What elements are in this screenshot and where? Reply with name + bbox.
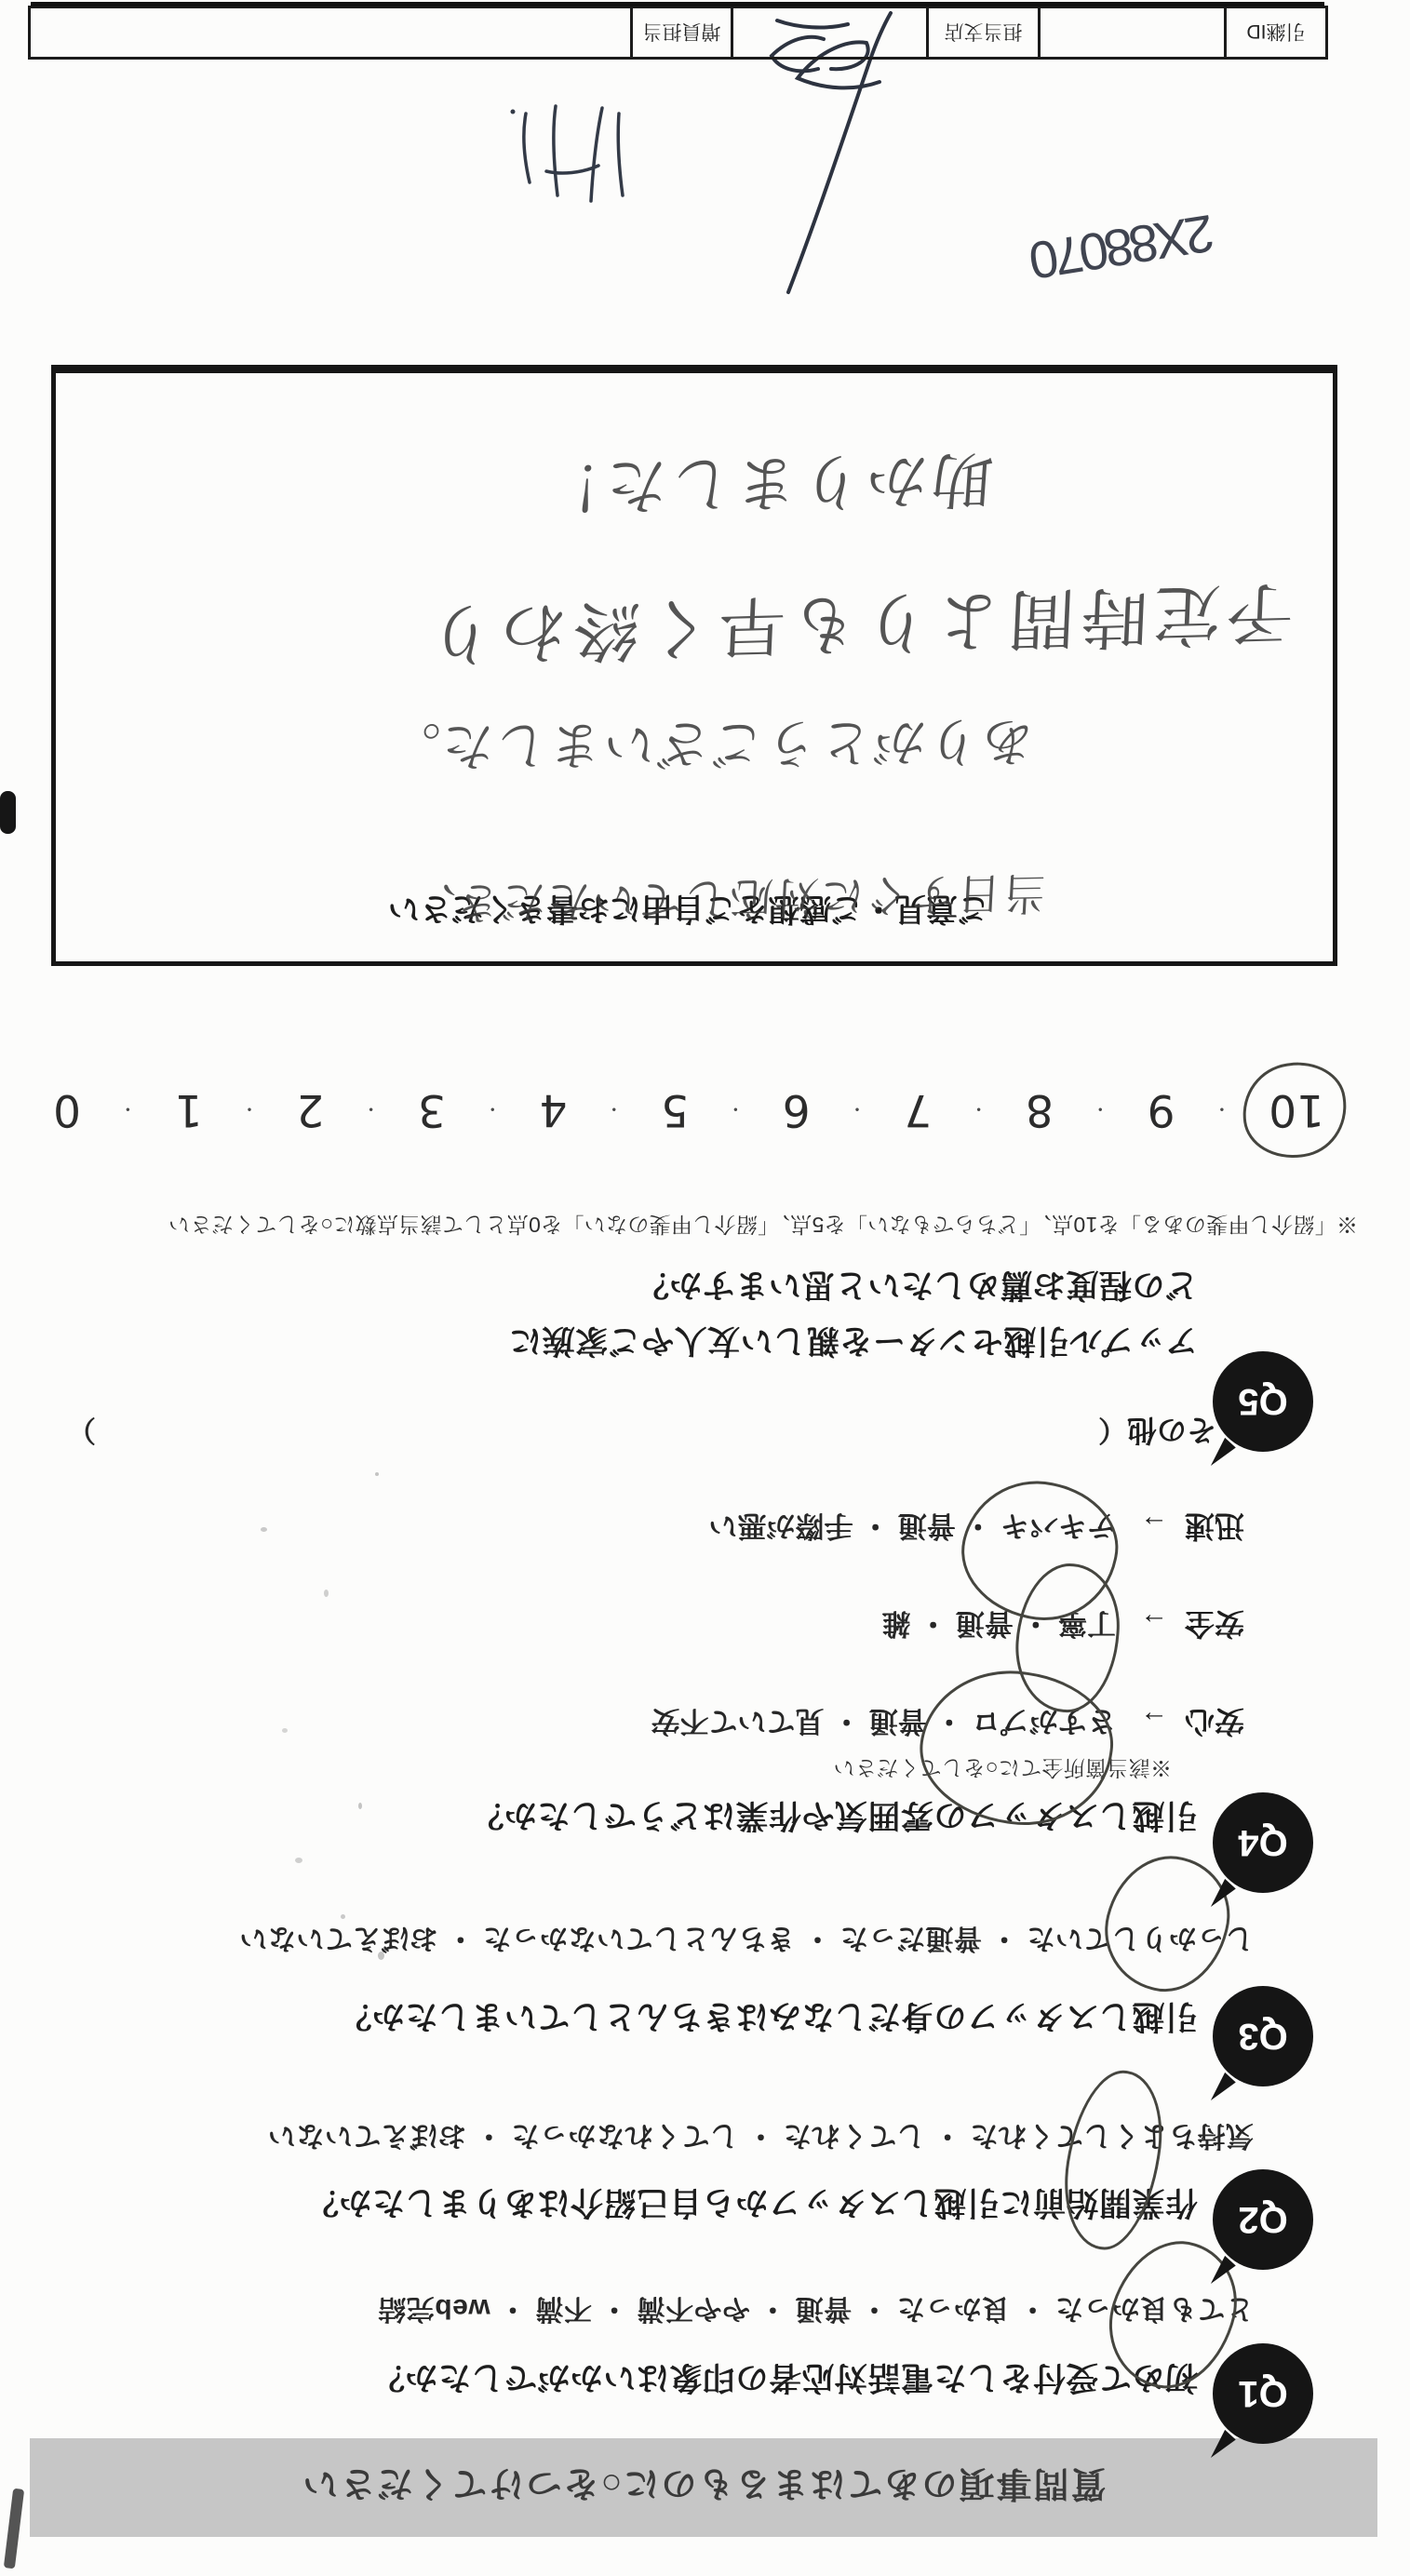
nps-scale-dot: ・	[1213, 1097, 1230, 1122]
footer-cell-branch-label: 担当支店	[929, 8, 1041, 57]
nps-scale-number: 6	[783, 1084, 811, 1135]
q4-other-close-paren: ）	[67, 1414, 96, 1446]
q4-row-anshin-arrow: →	[1140, 1705, 1168, 1736]
nps-scale-dot: ・	[484, 1097, 502, 1122]
nps-scale-number: 9	[1148, 1084, 1175, 1135]
q3-title: 引越しスタッフの身だしなみはきちんとしていましたか？	[339, 1995, 1198, 2042]
footer-cell-support-value	[31, 8, 633, 57]
scan-artifact-corner-streak	[4, 2489, 24, 2569]
q4-badge-label: Q4	[1238, 1822, 1287, 1864]
q4-row-anzen-label: 安全	[1185, 1607, 1244, 1641]
scanned-survey-page: 質問事項のあてはまるものに○をつけてください Q1 初めて受付をした電話対応者の…	[0, 0, 1410, 2576]
q5-title-line2: どの程度お薦めしたいと思いますか？	[636, 1264, 1198, 1310]
q4-other-row: その他（	[1098, 1411, 1216, 1454]
handwritten-line-2: ありがとうございました。	[383, 707, 1036, 787]
q4-other-open-paren: （	[1098, 1414, 1127, 1446]
q5-badge: Q5	[1213, 1351, 1313, 1452]
survey-sheet-rotated-180: 質問事項のあてはまるものに○をつけてください Q1 初めて受付をした電話対応者の…	[0, 0, 1410, 2576]
q3-badge: Q3	[1213, 1986, 1313, 2086]
footer-cell-id-value	[1041, 8, 1227, 57]
q4-badge: Q4	[1213, 1792, 1313, 1893]
nps-scale-dot: ・	[727, 1097, 745, 1122]
nps-scale-number: 4	[540, 1084, 568, 1135]
handwritten-staff-initials	[504, 93, 639, 223]
q3-badge-label: Q3	[1238, 2016, 1287, 2058]
nps-scale-number: 3	[418, 1084, 446, 1135]
footer-cell-support-label: 増員担当	[633, 8, 733, 57]
q4-row-jinsoku-label: 迅速	[1185, 1509, 1244, 1543]
hand-circle-nps-10	[1236, 1056, 1352, 1165]
nps-scale-number: 7	[904, 1084, 932, 1135]
q4-other-label: その他	[1127, 1414, 1216, 1447]
nps-scale-number: 0	[53, 1084, 81, 1135]
handwritten-line-4: 助かりました！	[533, 440, 996, 537]
q1-title: 初めて受付をした電話対応者の印象はいかがでしたか？	[371, 2356, 1198, 2403]
nps-scale-number: 2	[296, 1084, 324, 1135]
q5-note: ※「紹介し甲斐のある」を10点、「どちらでもない」を5点、「紹介し甲斐のない」を…	[168, 1211, 1358, 1241]
bottom-edge-rule	[31, 2, 1324, 7]
scan-artifact-edge-blob	[0, 791, 16, 834]
instruction-text: 質問事項のあてはまるものに○をつけてください	[302, 2462, 1107, 2514]
q4-row-anzen-arrow: →	[1140, 1607, 1168, 1638]
q4-row-jinsoku-arrow: →	[1140, 1509, 1168, 1540]
nps-scale-number: 1	[175, 1084, 203, 1135]
handwritten-handover-id: 2X88070	[1028, 203, 1218, 291]
nps-scale-dot: ・	[362, 1097, 380, 1122]
handwritten-line-1: 当日すぐに対応していただき、	[409, 865, 1049, 938]
q5-title-line1: アップル引越センターを親しい友人やご家族に	[509, 1320, 1198, 1366]
nps-scale: 10 ・ 9 ・ 8 ・ 7 ・ 6 ・ 5 ・ 4 ・ 3 ・ 2 ・ 1 ・	[53, 1084, 1324, 1135]
footer-cell-branch-value	[733, 8, 929, 57]
nps-scale-dot: ・	[605, 1097, 623, 1122]
q5-badge-label: Q5	[1238, 1381, 1287, 1423]
q2-badge-label: Q2	[1238, 2199, 1287, 2241]
q2-badge: Q2	[1213, 2169, 1313, 2270]
nps-scale-number: 8	[1026, 1084, 1054, 1135]
nps-scale-dot: ・	[970, 1097, 987, 1122]
nps-scale-number: 5	[661, 1084, 689, 1135]
footer-table: 引継ID 担当支店 増員担当	[28, 6, 1328, 60]
q1-badge-label: Q1	[1238, 2373, 1287, 2415]
q4-title: 引越しスタッフの雰囲気や作業はどうでしたか？	[471, 1794, 1198, 1841]
q1-badge: Q1	[1213, 2343, 1313, 2444]
nps-scale-dot: ・	[849, 1097, 866, 1122]
nps-scale-dot: ・	[1092, 1097, 1109, 1122]
nps-scale-dot: ・	[240, 1097, 258, 1122]
instruction-bar: 質問事項のあてはまるものに○をつけてください	[30, 2438, 1377, 2537]
q4-row-anshin-label: 安心	[1185, 1705, 1244, 1738]
footer-cell-id-label: 引継ID	[1227, 8, 1325, 57]
q3-options: しっかりしていた ・ 普通だった ・ きちんとしていなかった ・ おぼえていない	[239, 1921, 1254, 1962]
nps-scale-dot: ・	[119, 1097, 137, 1122]
q4-other-close: ）	[67, 1412, 96, 1454]
